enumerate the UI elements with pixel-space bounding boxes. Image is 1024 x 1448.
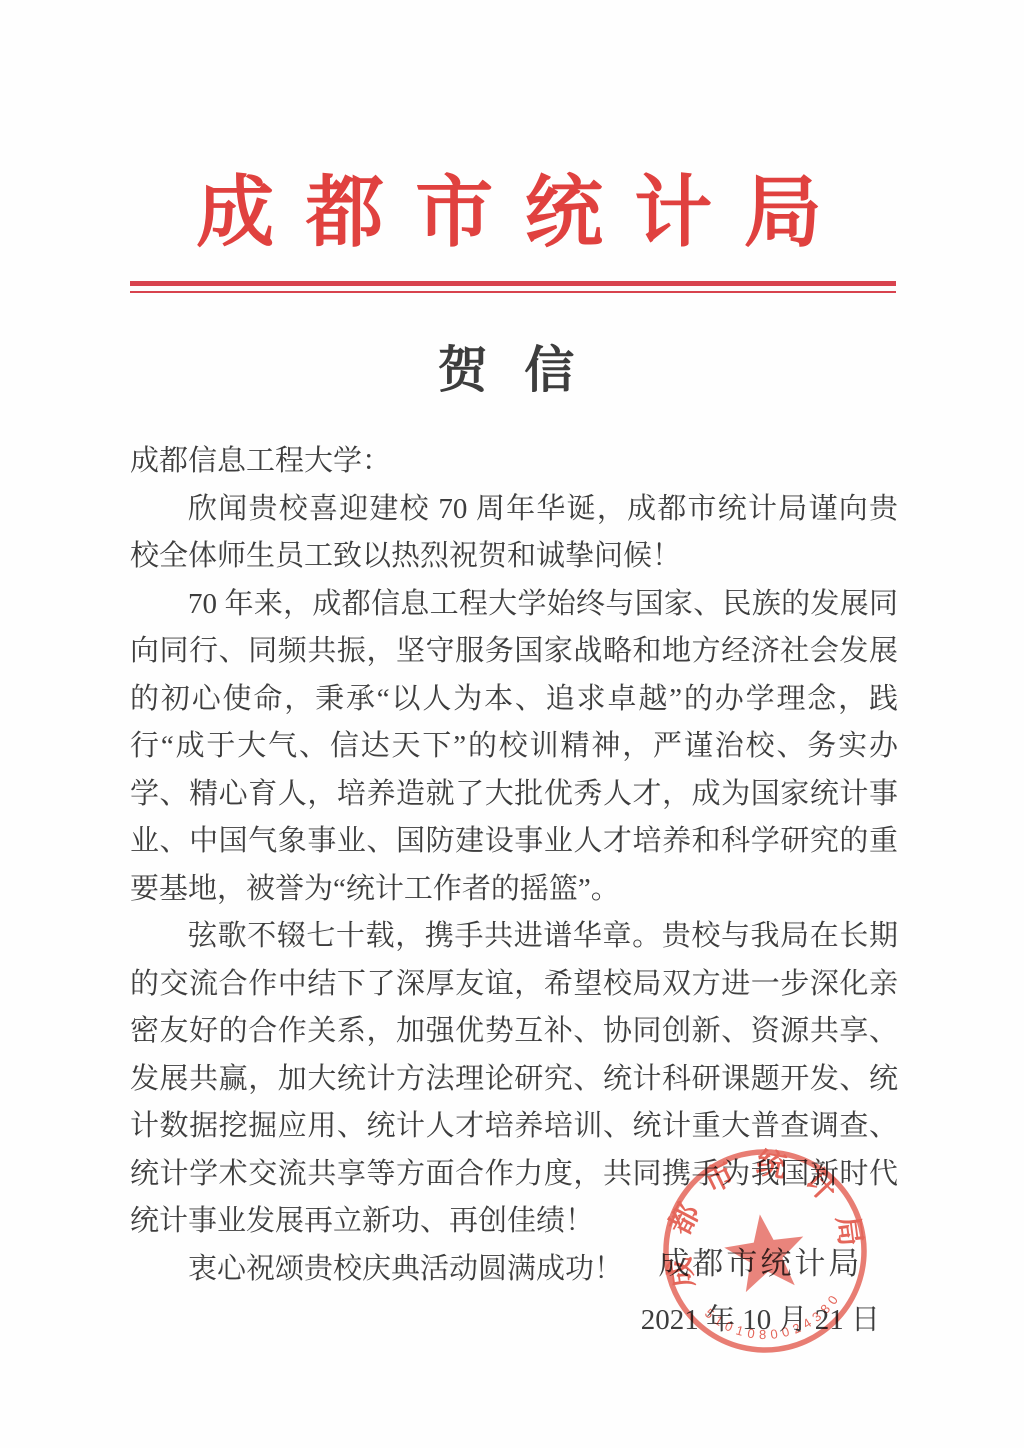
signature-name: 成都市统计局 bbox=[641, 1238, 880, 1283]
letter-body: 成都信息工程大学： 欣闻贵校喜迎建校 70 周年华诞，成都市统计局谨向贵校全体师… bbox=[130, 438, 898, 1293]
letter-page: 成 都 市 统 计 局 贺 信 成都信息工程大学： 欣闻贵校喜迎建校 70 周年… bbox=[0, 0, 1024, 1448]
letter-paragraph: 70 年来，成都信息工程大学始终与国家、民族的发展同向同行、同频共振，坚守服务国… bbox=[130, 581, 898, 914]
signature-date: 2021 年 10 月 21 日 bbox=[641, 1297, 880, 1338]
letterhead-title: 成 都 市 统 计 局 bbox=[0, 150, 1024, 262]
letterhead-divider bbox=[130, 281, 896, 293]
letter-paragraph: 弦歌不辍七十载，携手共进谱华章。贵校与我局在长期的交流合作中结下了深厚友谊，希望… bbox=[130, 913, 898, 1246]
divider-thick-line bbox=[130, 281, 896, 286]
letter-paragraph: 欣闻贵校喜迎建校 70 周年华诞，成都市统计局谨向贵校全体师生员工致以热烈祝贺和… bbox=[130, 486, 898, 581]
signature-block: 成都市统计局 2021 年 10 月 21 日 bbox=[641, 1238, 880, 1338]
salutation: 成都信息工程大学： bbox=[130, 438, 898, 486]
divider-thin-line bbox=[130, 291, 896, 293]
document-title: 贺 信 bbox=[0, 330, 1024, 402]
